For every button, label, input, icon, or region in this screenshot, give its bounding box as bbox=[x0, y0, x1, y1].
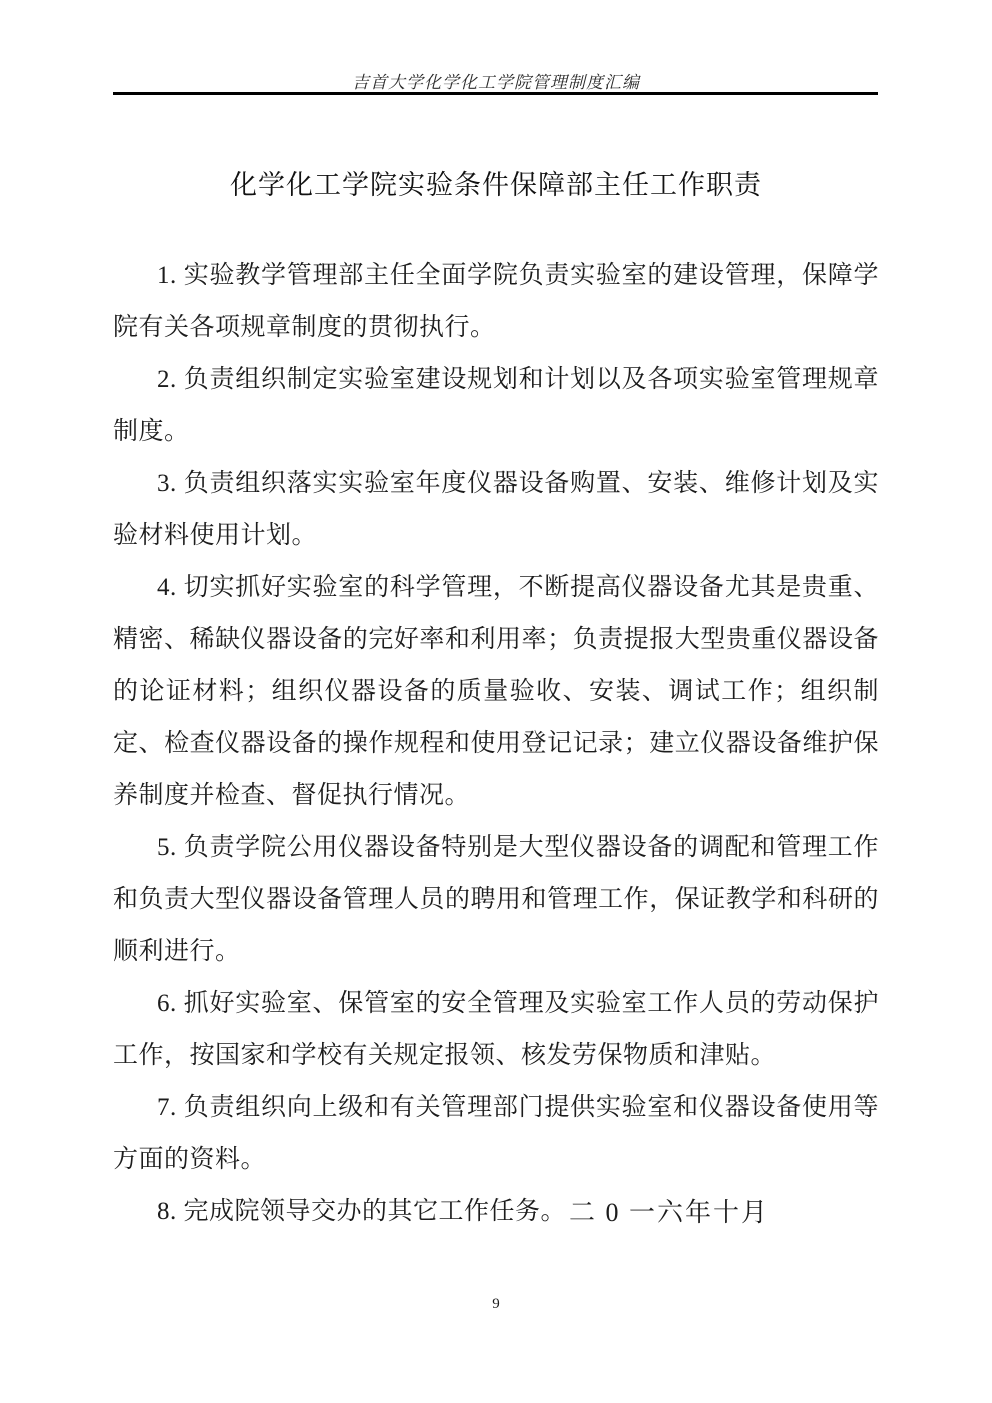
document-page: 吉首大学化学化工学院管理制度汇编 化学化工学院实验条件保障部主任工作职责 1. … bbox=[0, 0, 992, 1403]
document-body: 1. 实验教学管理部主任全面学院负责实验室的建设管理，保障学院有关各项规章制度的… bbox=[113, 250, 879, 1238]
paragraph-3: 3. 负责组织落实实验室年度仪器设备购置、安装、维修计划及实验材料使用计划。 bbox=[113, 458, 879, 562]
document-date: 二 0 一六年十月 bbox=[113, 1192, 879, 1229]
header-rule bbox=[113, 92, 878, 95]
paragraph-7: 7. 负责组织向上级和有关管理部门提供实验室和仪器设备使用等方面的资料。 bbox=[113, 1082, 879, 1186]
page-number: 9 bbox=[0, 1296, 992, 1313]
header-title: 吉首大学化学化工学院管理制度汇编 bbox=[0, 68, 992, 93]
paragraph-6: 6. 抓好实验室、保管室的安全管理及实验室工作人员的劳动保护工作，按国家和学校有… bbox=[113, 978, 879, 1082]
document-title: 化学化工学院实验条件保障部主任工作职责 bbox=[113, 163, 879, 202]
paragraph-1: 1. 实验教学管理部主任全面学院负责实验室的建设管理，保障学院有关各项规章制度的… bbox=[113, 250, 879, 354]
paragraph-2: 2. 负责组织制定实验室建设规划和计划以及各项实验室管理规章制度。 bbox=[113, 354, 879, 458]
paragraph-4: 4. 切实抓好实验室的科学管理，不断提高仪器设备尤其是贵重、精密、稀缺仪器设备的… bbox=[113, 562, 879, 822]
paragraph-5: 5. 负责学院公用仪器设备特别是大型仪器设备的调配和管理工作和负责大型仪器设备管… bbox=[113, 822, 879, 978]
